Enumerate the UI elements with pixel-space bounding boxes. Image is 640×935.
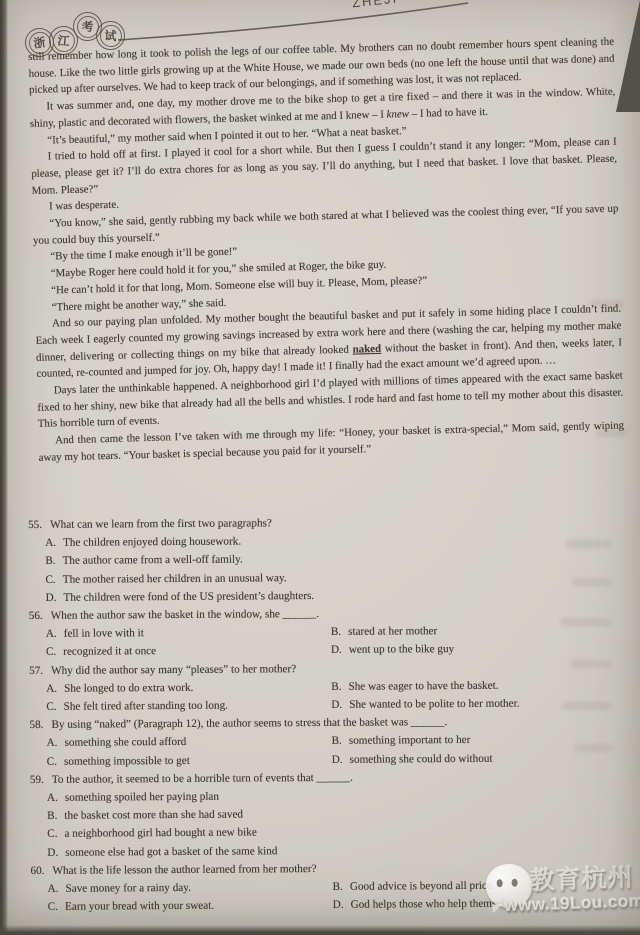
- question-56: 56.When the author saw the basket in the…: [29, 603, 617, 662]
- question-number: 57.: [29, 661, 51, 679]
- option-row: A.She longed to do extra work.: [46, 678, 331, 698]
- option-text: something she could do without: [350, 752, 493, 765]
- option-text: something important to her: [349, 734, 471, 747]
- option-text: God helps those who help themselves.: [351, 898, 523, 911]
- option-text: Save money for a rainy day.: [65, 882, 190, 895]
- option-label: A.: [46, 628, 57, 640]
- option-row: C.Earn your bread with your sweat.: [48, 896, 333, 916]
- option-text: Earn your bread with your sweat.: [65, 900, 214, 913]
- option-row: D.went up to the bike guy: [331, 639, 617, 659]
- option-label: C.: [46, 646, 56, 658]
- exam-paper-photo: { "header": { "corner_text": "ZHEJI", "s…: [0, 0, 640, 935]
- option-text: fell in love with it: [64, 627, 144, 640]
- option-label: B.: [45, 555, 55, 567]
- option-row: B.Good advice is beyond all price.: [333, 876, 619, 896]
- option-text: She felt tired after standing too long.: [64, 700, 228, 713]
- photo-edge-left: [0, 0, 8, 935]
- emphasis-bold-naked: naked: [353, 343, 382, 356]
- option-row: C.something impossible to get: [47, 751, 332, 771]
- option-row: A.Save money for a rainy day.: [48, 878, 333, 898]
- option-text: Good advice is beyond all price.: [350, 880, 495, 893]
- option-text: She longed to do extra work.: [64, 682, 193, 695]
- question-stem: Why did the author say many “pleases” to…: [51, 660, 296, 680]
- option-row: B.stared at her mother: [331, 621, 617, 641]
- reading-passage: still remember how long it took to polis…: [28, 34, 625, 467]
- question-55: 55.What can we learn from the first two …: [28, 512, 617, 607]
- questions-section: 55.What can we learn from the first two …: [28, 512, 619, 917]
- option-row: B.She was eager to have the basket.: [331, 676, 617, 696]
- option-text: The author came from a well-off family.: [63, 554, 243, 567]
- option-label: B.: [332, 735, 342, 747]
- option-text: She was eager to have the basket.: [348, 680, 498, 693]
- option-label: D.: [331, 644, 342, 656]
- option-label: C.: [47, 828, 57, 840]
- option-text: something she could afford: [64, 736, 186, 749]
- option-text: something spoiled her paying plan: [65, 791, 219, 804]
- option-label: D.: [331, 699, 342, 711]
- option-label: A.: [48, 883, 59, 895]
- option-row: D.something she could do without: [332, 749, 618, 769]
- photo-edge-bottom: [0, 925, 640, 935]
- question-number: 56.: [29, 607, 51, 625]
- option-text: The children were fond of the US preside…: [63, 590, 314, 604]
- option-label: A.: [45, 537, 56, 549]
- question-number: 60.: [30, 862, 52, 880]
- option-text: stared at her mother: [348, 625, 437, 638]
- option-label: D.: [332, 753, 343, 765]
- option-text: She wanted to be polite to her mother.: [349, 698, 519, 711]
- question-59: 59.To the author, it seemed to be a horr…: [30, 767, 619, 862]
- option-label: A.: [47, 737, 58, 749]
- question-stem: What is the life lesson the author learn…: [52, 860, 316, 880]
- option-label: C.: [45, 573, 55, 585]
- option-label: D.: [47, 846, 58, 858]
- option-text: The mother raised her children in an unu…: [63, 572, 287, 586]
- option-label: D.: [46, 592, 57, 604]
- question-58: 58.By using “naked” (Paragraph 12), the …: [29, 712, 617, 771]
- option-label: D.: [333, 899, 344, 911]
- question-stem: To the author, it seemed to be a horribl…: [52, 769, 353, 789]
- option-text: recognized it at once: [63, 646, 156, 659]
- option-text: The children enjoyed doing housework.: [63, 536, 241, 549]
- question-number: 58.: [29, 716, 51, 734]
- option-label: B.: [331, 681, 341, 693]
- option-row: B.something important to her: [332, 730, 618, 750]
- question-number: 55.: [28, 516, 50, 534]
- option-label: A.: [46, 683, 57, 695]
- option-label: C.: [46, 701, 56, 713]
- option-row: D.God helps those who help themselves.: [333, 894, 619, 914]
- question-60: 60.What is the life lesson the author le…: [30, 858, 618, 917]
- option-label: B.: [333, 881, 343, 893]
- option-text: a neighborhood girl had bought a new bik…: [64, 827, 256, 840]
- photo-corner-wedge: [616, 0, 640, 112]
- question-57: 57.Why did the author say many “pleases”…: [29, 658, 617, 717]
- question-stem: What can we learn from the first two par…: [50, 514, 272, 534]
- option-text: the basket cost more than she had saved: [64, 809, 243, 822]
- option-label: A.: [47, 792, 58, 804]
- emphasis-italic-knew: knew: [386, 108, 409, 121]
- option-row: A.something she could afford: [47, 732, 332, 752]
- question-number: 59.: [30, 771, 52, 789]
- option-label: C.: [48, 901, 58, 913]
- option-row: C.She felt tired after standing too long…: [46, 696, 331, 716]
- option-text: something impossible to get: [64, 755, 190, 768]
- option-label: C.: [47, 755, 57, 767]
- option-row: A.fell in love with it: [46, 623, 331, 643]
- option-row: D.She wanted to be polite to her mother.: [331, 694, 617, 714]
- question-stem: When the author saw the basket in the wi…: [51, 605, 319, 625]
- option-label: B.: [47, 810, 57, 822]
- option-text: someone else had got a basket of the sam…: [65, 845, 277, 858]
- option-text: went up to the bike guy: [349, 643, 454, 656]
- option-row: C.recognized it at once: [46, 641, 331, 661]
- option-label: B.: [331, 626, 341, 638]
